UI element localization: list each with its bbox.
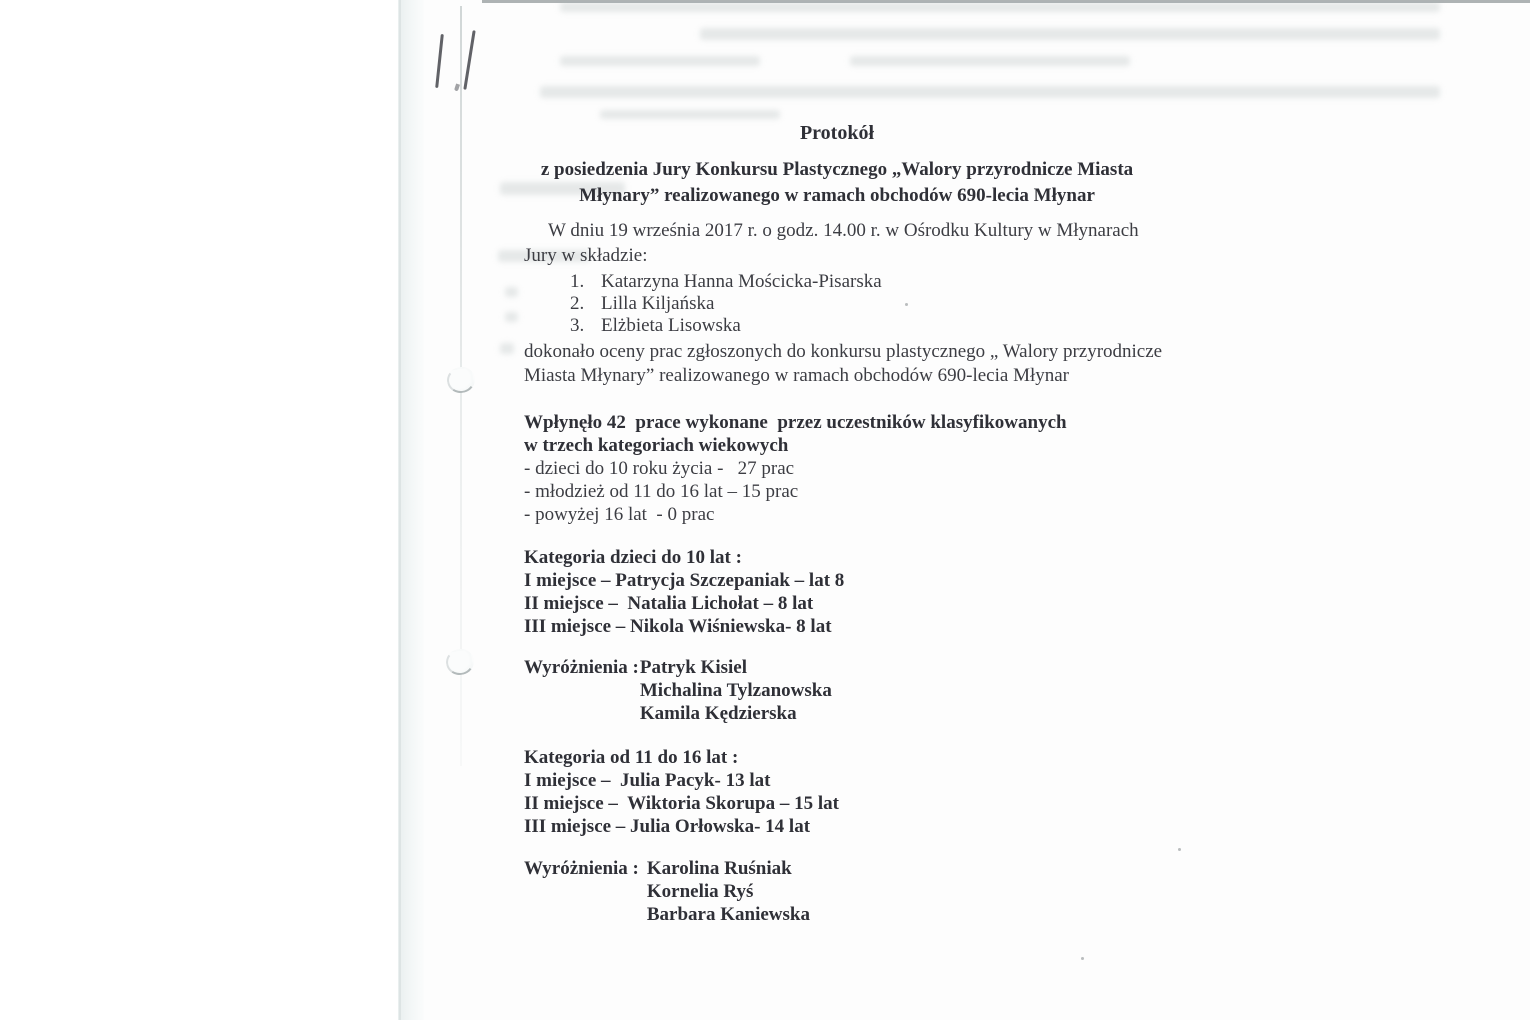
bleed-through-artifact: [560, 2, 1440, 12]
distinction-name: Barbara Kaniewska: [647, 903, 810, 926]
place-line: III miejsce – Julia Orłowska- 14 lat: [524, 815, 839, 838]
distinction-name: Michalina Tylzanowska: [640, 679, 832, 702]
jury-item-number: 1.: [570, 271, 601, 293]
bleed-through-artifact: [560, 56, 760, 66]
place-line: I miejsce – Patrycja Szczepaniak – lat 8: [524, 569, 844, 592]
document-subtitle: z posiedzenia Jury Konkursu Plastycznego…: [524, 157, 1150, 209]
scan-speck: [1081, 957, 1084, 960]
paragraph-line: Miasta Młynary” realizowanego w ramach o…: [524, 364, 1162, 388]
paper-edge-line: [399, 0, 401, 1020]
summary-item: - powyżej 16 lat - 0 prac: [524, 503, 1067, 526]
category-children-results: Kategoria dzieci do 10 lat : I miejsce –…: [524, 546, 844, 638]
distinction-name: Patryk Kisiel: [640, 656, 832, 679]
summary-item: - dzieci do 10 roku życia - 27 prac: [524, 457, 1067, 480]
distinctions-label: Wyróżnienia :: [524, 857, 639, 926]
place-line: III miejsce – Nikola Wiśniewska- 8 lat: [524, 615, 844, 638]
subtitle-line: Młynary” realizowanego w ramach obchodów…: [524, 183, 1150, 209]
category-heading: Kategoria dzieci do 10 lat :: [524, 546, 844, 569]
entries-summary: Wpłynęło 42 prace wykonane przez uczestn…: [524, 411, 1067, 526]
distinctions-children: Wyróżnienia : Patryk Kisiel Michalina Ty…: [524, 656, 832, 725]
bleed-through-artifact: [540, 86, 1440, 98]
jury-item: 1. Katarzyna Hanna Mościcka-Pisarska: [570, 271, 882, 293]
category-heading: Kategoria od 11 do 16 lat :: [524, 746, 839, 769]
category-youth-results: Kategoria od 11 do 16 lat : I miejsce – …: [524, 746, 839, 838]
bleed-through-artifact: [505, 312, 518, 322]
bleed-through-artifact: [600, 110, 780, 119]
place-line: II miejsce – Natalia Lichołat – 8 lat: [524, 592, 844, 615]
distinctions-youth: Wyróżnienia : Karolina Ruśniak Kornelia …: [524, 857, 810, 926]
jury-item-name: Katarzyna Hanna Mościcka-Pisarska: [601, 271, 882, 293]
subtitle-line: z posiedzenia Jury Konkursu Plastycznego…: [524, 157, 1150, 183]
jury-item-number: 2.: [570, 293, 601, 315]
place-line: II miejsce – Wiktoria Skorupa – 15 lat: [524, 792, 839, 815]
jury-item-name: Lilla Kiljańska: [601, 293, 714, 315]
jury-item-number: 3.: [570, 315, 601, 337]
bleed-through-artifact: [500, 343, 514, 354]
distinction-name: Kamila Kędzierska: [640, 702, 832, 725]
summary-heading-line: Wpłynęło 42 prace wykonane przez uczestn…: [524, 411, 1067, 434]
jury-item-name: Elżbieta Lisowska: [601, 315, 741, 337]
bleed-through-artifact: [700, 28, 1440, 40]
summary-heading-line: w trzech kategoriach wiekowych: [524, 434, 1067, 457]
jury-list: 1. Katarzyna Hanna Mościcka-Pisarska 2. …: [570, 271, 882, 337]
bleed-through-artifact: [850, 56, 1130, 66]
summary-item: - młodzież od 11 do 16 lat – 15 prac: [524, 480, 1067, 503]
scan-speck: [1178, 848, 1181, 851]
distinction-name: Kornelia Ryś: [647, 880, 810, 903]
scanned-document-page: Protokół z posiedzenia Jury Konkursu Pla…: [0, 0, 1530, 1020]
scan-speck: [905, 303, 908, 306]
intro-paragraph: W dniu 19 września 2017 r. o godz. 14.00…: [524, 218, 1139, 268]
intro-line: Jury w składzie:: [524, 243, 1139, 268]
paper-left-edge: [398, 0, 424, 1020]
paragraph-line: dokonało oceny prac zgłoszonych do konku…: [524, 340, 1162, 364]
bleed-through-artifact: [505, 287, 518, 297]
place-line: I miejsce – Julia Pacyk- 13 lat: [524, 769, 839, 792]
jury-item: 2. Lilla Kiljańska: [570, 293, 882, 315]
assessment-paragraph: dokonało oceny prac zgłoszonych do konku…: [524, 340, 1162, 388]
jury-item: 3. Elżbieta Lisowska: [570, 315, 882, 337]
distinction-name: Karolina Ruśniak: [647, 857, 810, 880]
distinctions-label: Wyróżnienia :: [524, 656, 639, 725]
document-title: Protokół: [524, 121, 1150, 145]
intro-line: W dniu 19 września 2017 r. o godz. 14.00…: [524, 218, 1139, 243]
